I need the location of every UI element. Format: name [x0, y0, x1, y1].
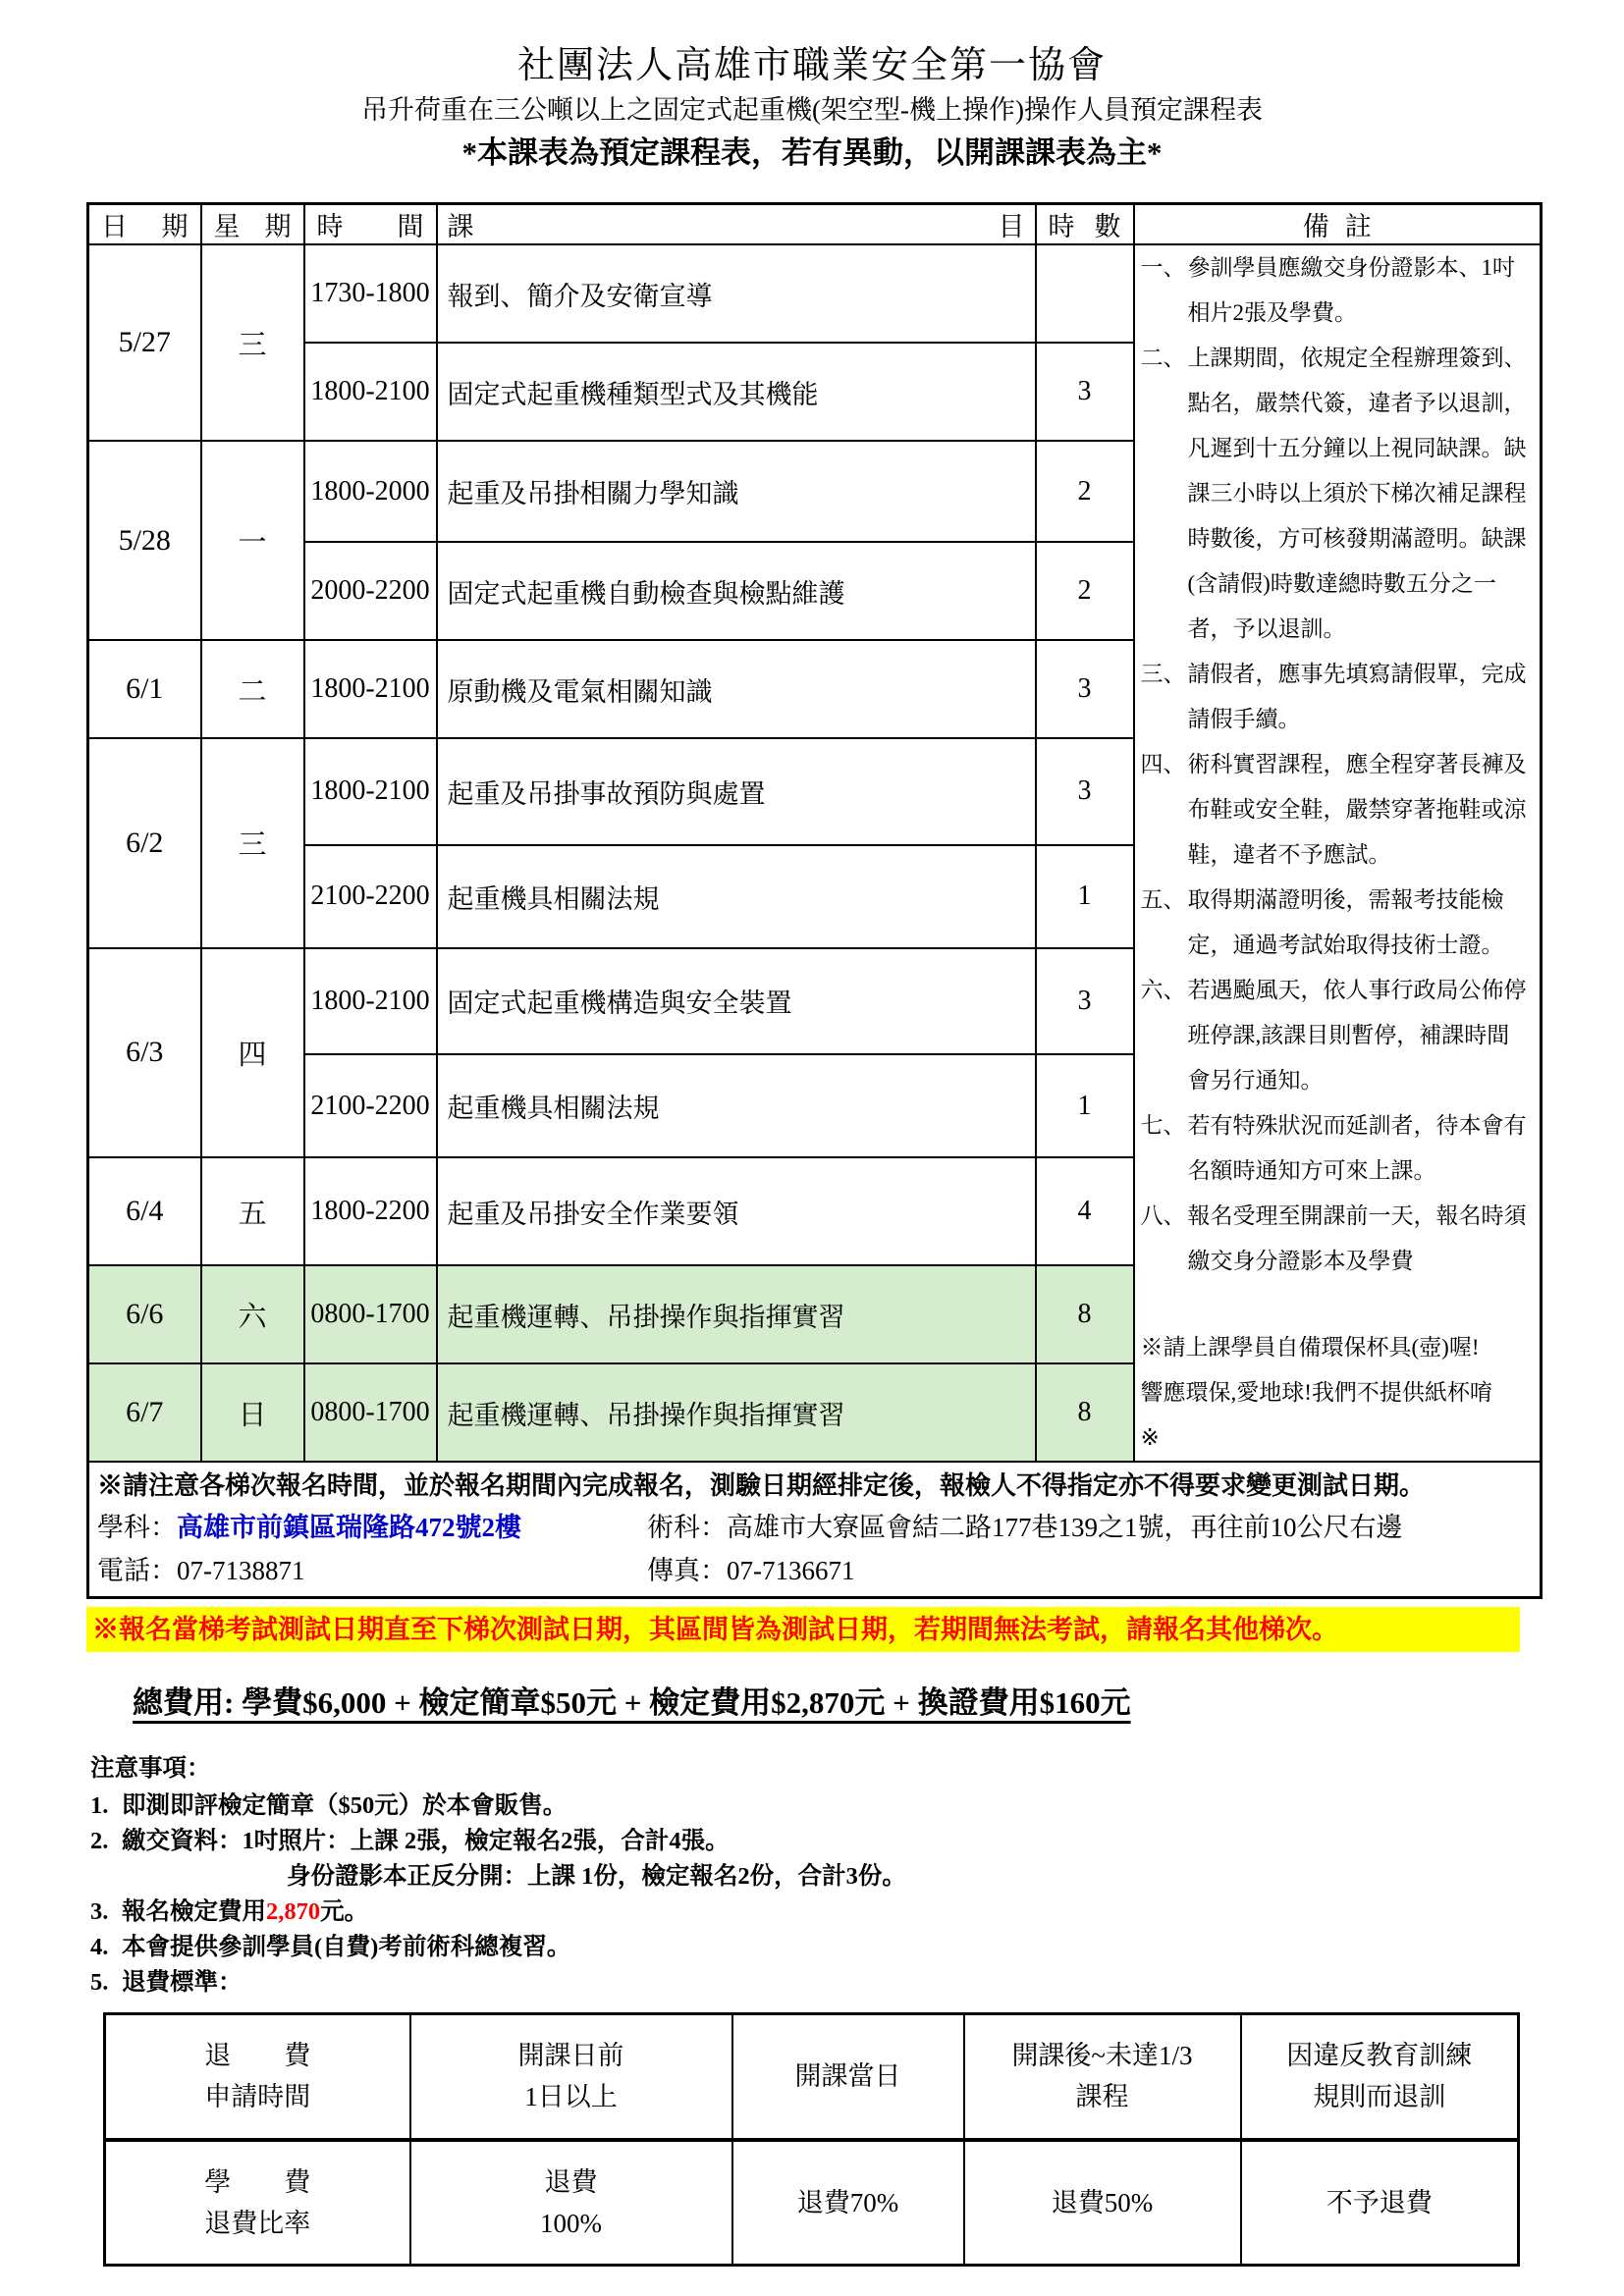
hours-cell: 4	[1036, 1157, 1134, 1265]
hours-cell: 2	[1036, 441, 1134, 542]
subject-cell: 原動機及電氣相關知識	[437, 640, 1036, 738]
remark-number: 四、	[1141, 742, 1188, 878]
refund-value-cell: 不予退費	[1241, 2140, 1519, 2266]
col-header-remarks: 備註	[1134, 204, 1542, 245]
remark-text: 術科實習課程，應全程穿著長褲及布鞋或安全鞋，嚴禁穿著拖鞋或涼鞋，違者不予應試。	[1188, 742, 1533, 878]
theory-label: 學科：	[97, 1506, 177, 1549]
weekday-cell: 一	[201, 441, 304, 640]
hours-cell: 8	[1036, 1363, 1134, 1462]
hours-cell: 3	[1036, 343, 1134, 441]
time-cell: 2000-2200	[304, 542, 437, 640]
weekday-cell: 三	[201, 244, 304, 441]
col-header-weekday: 星期	[201, 204, 304, 245]
col-header-subject-left: 課	[448, 205, 474, 243]
note-number: 5.	[90, 1965, 122, 2001]
remark-number: 七、	[1141, 1103, 1188, 1194]
remark-text: 上課期間，依規定全程辦理簽到、點名，嚴禁代簽，違者予以退訓，凡遲到十五分鐘以上視…	[1188, 336, 1533, 652]
note-item: 3. 報名檢定費用2,870元。	[90, 1895, 1624, 1930]
subject-cell: 起重及吊掛相關力學知識	[437, 441, 1036, 542]
refund-header-cell: 因違反教育訓練 規則而退訓	[1241, 2014, 1519, 2140]
fax-label: 傳真：	[647, 1549, 727, 1592]
note-text: 退費標準：	[122, 1965, 243, 2001]
weekday-cell: 日	[201, 1363, 304, 1462]
note-number: 2.	[90, 1824, 122, 1859]
remark-item: 三、 請假者，應事先填寫請假單，完成請假手續。	[1141, 652, 1533, 742]
date-cell: 6/4	[88, 1157, 201, 1265]
schedule-change-notice: *本課表為預定課程表，若有異動，以開課課表為主*	[0, 130, 1624, 177]
remark-item: 二、 上課期間，依規定全程辦理簽到、點名，嚴禁代簽，違者予以退訓，凡遲到十五分鐘…	[1141, 336, 1533, 652]
time-cell: 1730-1800	[304, 244, 437, 343]
subject-cell: 固定式起重機種類型式及其機能	[437, 343, 1036, 441]
notes-section: 注意事項： 1. 即測即評檢定簡章（$50元）於本會販售。 2. 繳交資料：1吋…	[90, 1749, 1624, 2001]
date-cell: 6/2	[88, 738, 201, 947]
weekday-cell: 五	[201, 1157, 304, 1265]
hours-cell: 8	[1036, 1265, 1134, 1363]
page-title: 社團法人高雄市職業安全第一協會	[0, 41, 1624, 90]
fee-amount-red: 2,870	[266, 1898, 320, 1925]
remark-item: 六、 若遇颱風天，依人事行政局公佈停班停課,該課目則暫停，補課時間會另行通知。	[1141, 968, 1533, 1103]
notes-title: 注意事項：	[90, 1749, 1624, 1789]
address-row: 學科： 高雄市前鎮區瑞隆路472號2樓 術科： 高雄市大寮區會結二路177巷13…	[97, 1506, 1532, 1549]
note-item: 4. 本會提供參訓學員(自費)考前術科總複習。	[90, 1930, 1624, 1965]
remark-text: 取得期滿證明後，需報考技能檢定，通過考試始取得技術士證。	[1188, 878, 1533, 968]
subject-cell: 起重機運轉、吊掛操作與指揮實習	[437, 1363, 1036, 1462]
eco-cup-note: ※請上課學員自備環保杯具(壺)喔! 響應環保,愛地球!我們不提供紙杯唷 ※	[1141, 1325, 1533, 1461]
refund-header-cell: 開課後~未達1/3 課程	[964, 2014, 1241, 2140]
total-fee-line: 總費用: 學費$6,000 + 檢定簡章$50元 + 檢定費用$2,870元 +…	[133, 1678, 1624, 1722]
note-text: 報名檢定費用2,870元。	[122, 1895, 368, 1930]
time-cell: 1800-2200	[304, 1157, 437, 1265]
remark-item: 五、 取得期滿證明後，需報考技能檢定，通過考試始取得技術士證。	[1141, 878, 1533, 968]
time-cell: 0800-1700	[304, 1265, 437, 1363]
hours-cell	[1036, 244, 1134, 343]
hours-cell: 3	[1036, 738, 1134, 844]
subject-cell: 起重機具相關法規	[437, 845, 1036, 948]
note-number: 4.	[90, 1930, 122, 1965]
hours-cell: 2	[1036, 542, 1134, 640]
date-cell: 6/6	[88, 1265, 201, 1363]
time-cell: 1800-2000	[304, 441, 437, 542]
schedule-header-row: 日期 星期 時間 課 目 時數 備註	[88, 204, 1542, 245]
hours-cell: 3	[1036, 640, 1134, 738]
remark-number: 八、	[1141, 1194, 1188, 1284]
weekday-cell: 六	[201, 1265, 304, 1363]
remark-item: 四、 術科實習課程，應全程穿著長褲及布鞋或安全鞋，嚴禁穿著拖鞋或涼鞋，違者不予應…	[1141, 742, 1533, 878]
remark-text: 若遇颱風天，依人事行政局公佈停班停課,該課目則暫停，補課時間會另行通知。	[1188, 968, 1533, 1103]
refund-table: 退 費 申請時間 開課日前 1日以上 開課當日 開課後~未達1/3 課程 因違反…	[103, 2012, 1520, 2267]
col-header-subject-right: 目	[999, 205, 1025, 243]
contact-section: ※請注意各梯次報名時間，並於報名期間內完成報名，測驗日期經排定後，報檢人不得指定…	[88, 1462, 1542, 1598]
date-cell: 6/3	[88, 948, 201, 1157]
fax-number: 07-7136671	[727, 1549, 855, 1592]
remark-number: 三、	[1141, 652, 1188, 742]
note-item: 1. 即測即評檢定簡章（$50元）於本會販售。	[90, 1789, 1624, 1824]
time-cell: 1800-2100	[304, 948, 437, 1054]
schedule-row: 5/27 三 1730-1800 報到、簡介及安衛宣導 一、 參訓學員應繳交身份…	[88, 244, 1542, 343]
date-cell: 6/7	[88, 1363, 201, 1462]
note-number: 1.	[90, 1789, 122, 1824]
remark-item: 七、 若有特殊狀況而延訓者，待本會有名額時通知方可來上課。	[1141, 1103, 1533, 1194]
note-text: 繳交資料：1吋照片：上課 2張，檢定報名2張，合計4張。	[122, 1824, 730, 1859]
page-subtitle: 吊升荷重在三公噸以上之固定式起重機(架空型-機上操作)操作人員預定課程表	[0, 90, 1624, 130]
refund-header-cell: 開課當日	[732, 2014, 964, 2140]
time-cell: 1800-2100	[304, 738, 437, 844]
refund-value-cell: 退費 100%	[410, 2140, 732, 2266]
note-item: 5. 退費標準：	[90, 1965, 1624, 2001]
remark-number: 五、	[1141, 878, 1188, 968]
practice-address: 高雄市大寮區會結二路177巷139之1號，再往前10公尺右邊	[727, 1506, 1403, 1549]
note-subline: 身份證影本正反分開：上課 1份，檢定報名2份，合計3份。	[287, 1859, 1624, 1895]
col-header-hours: 時數	[1036, 204, 1134, 245]
time-cell: 1800-2100	[304, 343, 437, 441]
weekday-cell: 四	[201, 948, 304, 1157]
refund-value-row: 學 費 退費比率 退費 100% 退費70% 退費50% 不予退費	[105, 2140, 1519, 2266]
date-cell: 5/28	[88, 441, 201, 640]
time-cell: 1800-2100	[304, 640, 437, 738]
remark-text: 若有特殊狀況而延訓者，待本會有名額時通知方可來上課。	[1188, 1103, 1533, 1194]
subject-cell: 起重及吊掛安全作業要領	[437, 1157, 1036, 1265]
subject-cell: 起重機運轉、吊掛操作與指揮實習	[437, 1265, 1036, 1363]
date-cell: 6/1	[88, 640, 201, 738]
subject-cell: 報到、簡介及安衛宣導	[437, 244, 1036, 343]
theory-address: 高雄市前鎮區瑞隆路472號2樓	[177, 1506, 521, 1549]
col-header-date: 日期	[88, 204, 201, 245]
subject-cell: 起重機具相關法規	[437, 1054, 1036, 1157]
refund-value-cell: 退費70%	[732, 2140, 964, 2266]
note-text-suffix: 元。	[320, 1898, 368, 1925]
remarks-cell: 一、 參訓學員應繳交身份證影本、1吋相片2張及學費。 二、 上課期間，依規定全程…	[1134, 244, 1542, 1462]
refund-header-cell: 退 費 申請時間	[105, 2014, 410, 2140]
weekday-cell: 三	[201, 738, 304, 947]
hours-cell: 3	[1036, 948, 1134, 1054]
note-text-prefix: 報名檢定費用	[122, 1898, 266, 1925]
remark-text: 報名受理至開課前一天，報名時須繳交身分證影本及學費	[1188, 1194, 1533, 1284]
time-cell: 2100-2200	[304, 845, 437, 948]
subject-cell: 起重及吊掛事故預防與處置	[437, 738, 1036, 844]
document-page: 社團法人高雄市職業安全第一協會 吊升荷重在三公噸以上之固定式起重機(架空型-機上…	[0, 0, 1624, 2296]
remark-number: 六、	[1141, 968, 1188, 1103]
weekday-cell: 二	[201, 640, 304, 738]
refund-header-row: 退 費 申請時間 開課日前 1日以上 開課當日 開課後~未達1/3 課程 因違反…	[105, 2014, 1519, 2140]
contact-row: ※請注意各梯次報名時間，並於報名期間內完成報名，測驗日期經排定後，報檢人不得指定…	[88, 1462, 1542, 1598]
date-cell: 5/27	[88, 244, 201, 441]
remark-item: 一、 參訓學員應繳交身份證影本、1吋相片2張及學費。	[1141, 245, 1533, 336]
refund-header-cell: 開課日前 1日以上	[410, 2014, 732, 2140]
remark-item: 八、 報名受理至開課前一天，報名時須繳交身分證影本及學費	[1141, 1194, 1533, 1284]
schedule-table: 日期 星期 時間 課 目 時數 備註 5/27 三 1730-1800 報到、簡…	[86, 202, 1543, 1599]
subject-cell: 固定式起重機自動檢查與檢點維護	[437, 542, 1036, 640]
remark-number: 一、	[1141, 245, 1188, 336]
remark-text: 參訓學員應繳交身份證影本、1吋相片2張及學費。	[1188, 245, 1533, 336]
exam-date-banner: ※報名當梯考試測試日期直至下梯次測試日期，其區間皆為測試日期，若期間無法考試，請…	[86, 1607, 1520, 1652]
practice-label: 術科：	[647, 1506, 727, 1549]
phone-number: 07-7138871	[177, 1549, 305, 1592]
remark-text: 請假者，應事先填寫請假單，完成請假手續。	[1188, 652, 1533, 742]
refund-value-cell: 學 費 退費比率	[105, 2140, 410, 2266]
note-item: 2. 繳交資料：1吋照片：上課 2張，檢定報名2張，合計4張。	[90, 1824, 1624, 1859]
phone-label: 電話：	[97, 1549, 177, 1592]
time-cell: 0800-1700	[304, 1363, 437, 1462]
registration-note: ※請注意各梯次報名時間，並於報名期間內完成報名，測驗日期經排定後，報檢人不得指定…	[97, 1467, 1532, 1506]
col-header-subject: 課 目	[437, 204, 1036, 245]
hours-cell: 1	[1036, 1054, 1134, 1157]
subject-cell: 固定式起重機構造與安全裝置	[437, 948, 1036, 1054]
time-cell: 2100-2200	[304, 1054, 437, 1157]
col-header-time: 時間	[304, 204, 437, 245]
note-text: 本會提供參訓學員(自費)考前術科總複習。	[122, 1930, 570, 1965]
phone-row: 電話： 07-7138871 傳真： 07-7136671	[97, 1549, 1532, 1592]
note-text: 即測即評檢定簡章（$50元）於本會販售。	[122, 1789, 567, 1824]
note-number: 3.	[90, 1895, 122, 1930]
remark-number: 二、	[1141, 336, 1188, 652]
refund-value-cell: 退費50%	[964, 2140, 1241, 2266]
hours-cell: 1	[1036, 845, 1134, 948]
